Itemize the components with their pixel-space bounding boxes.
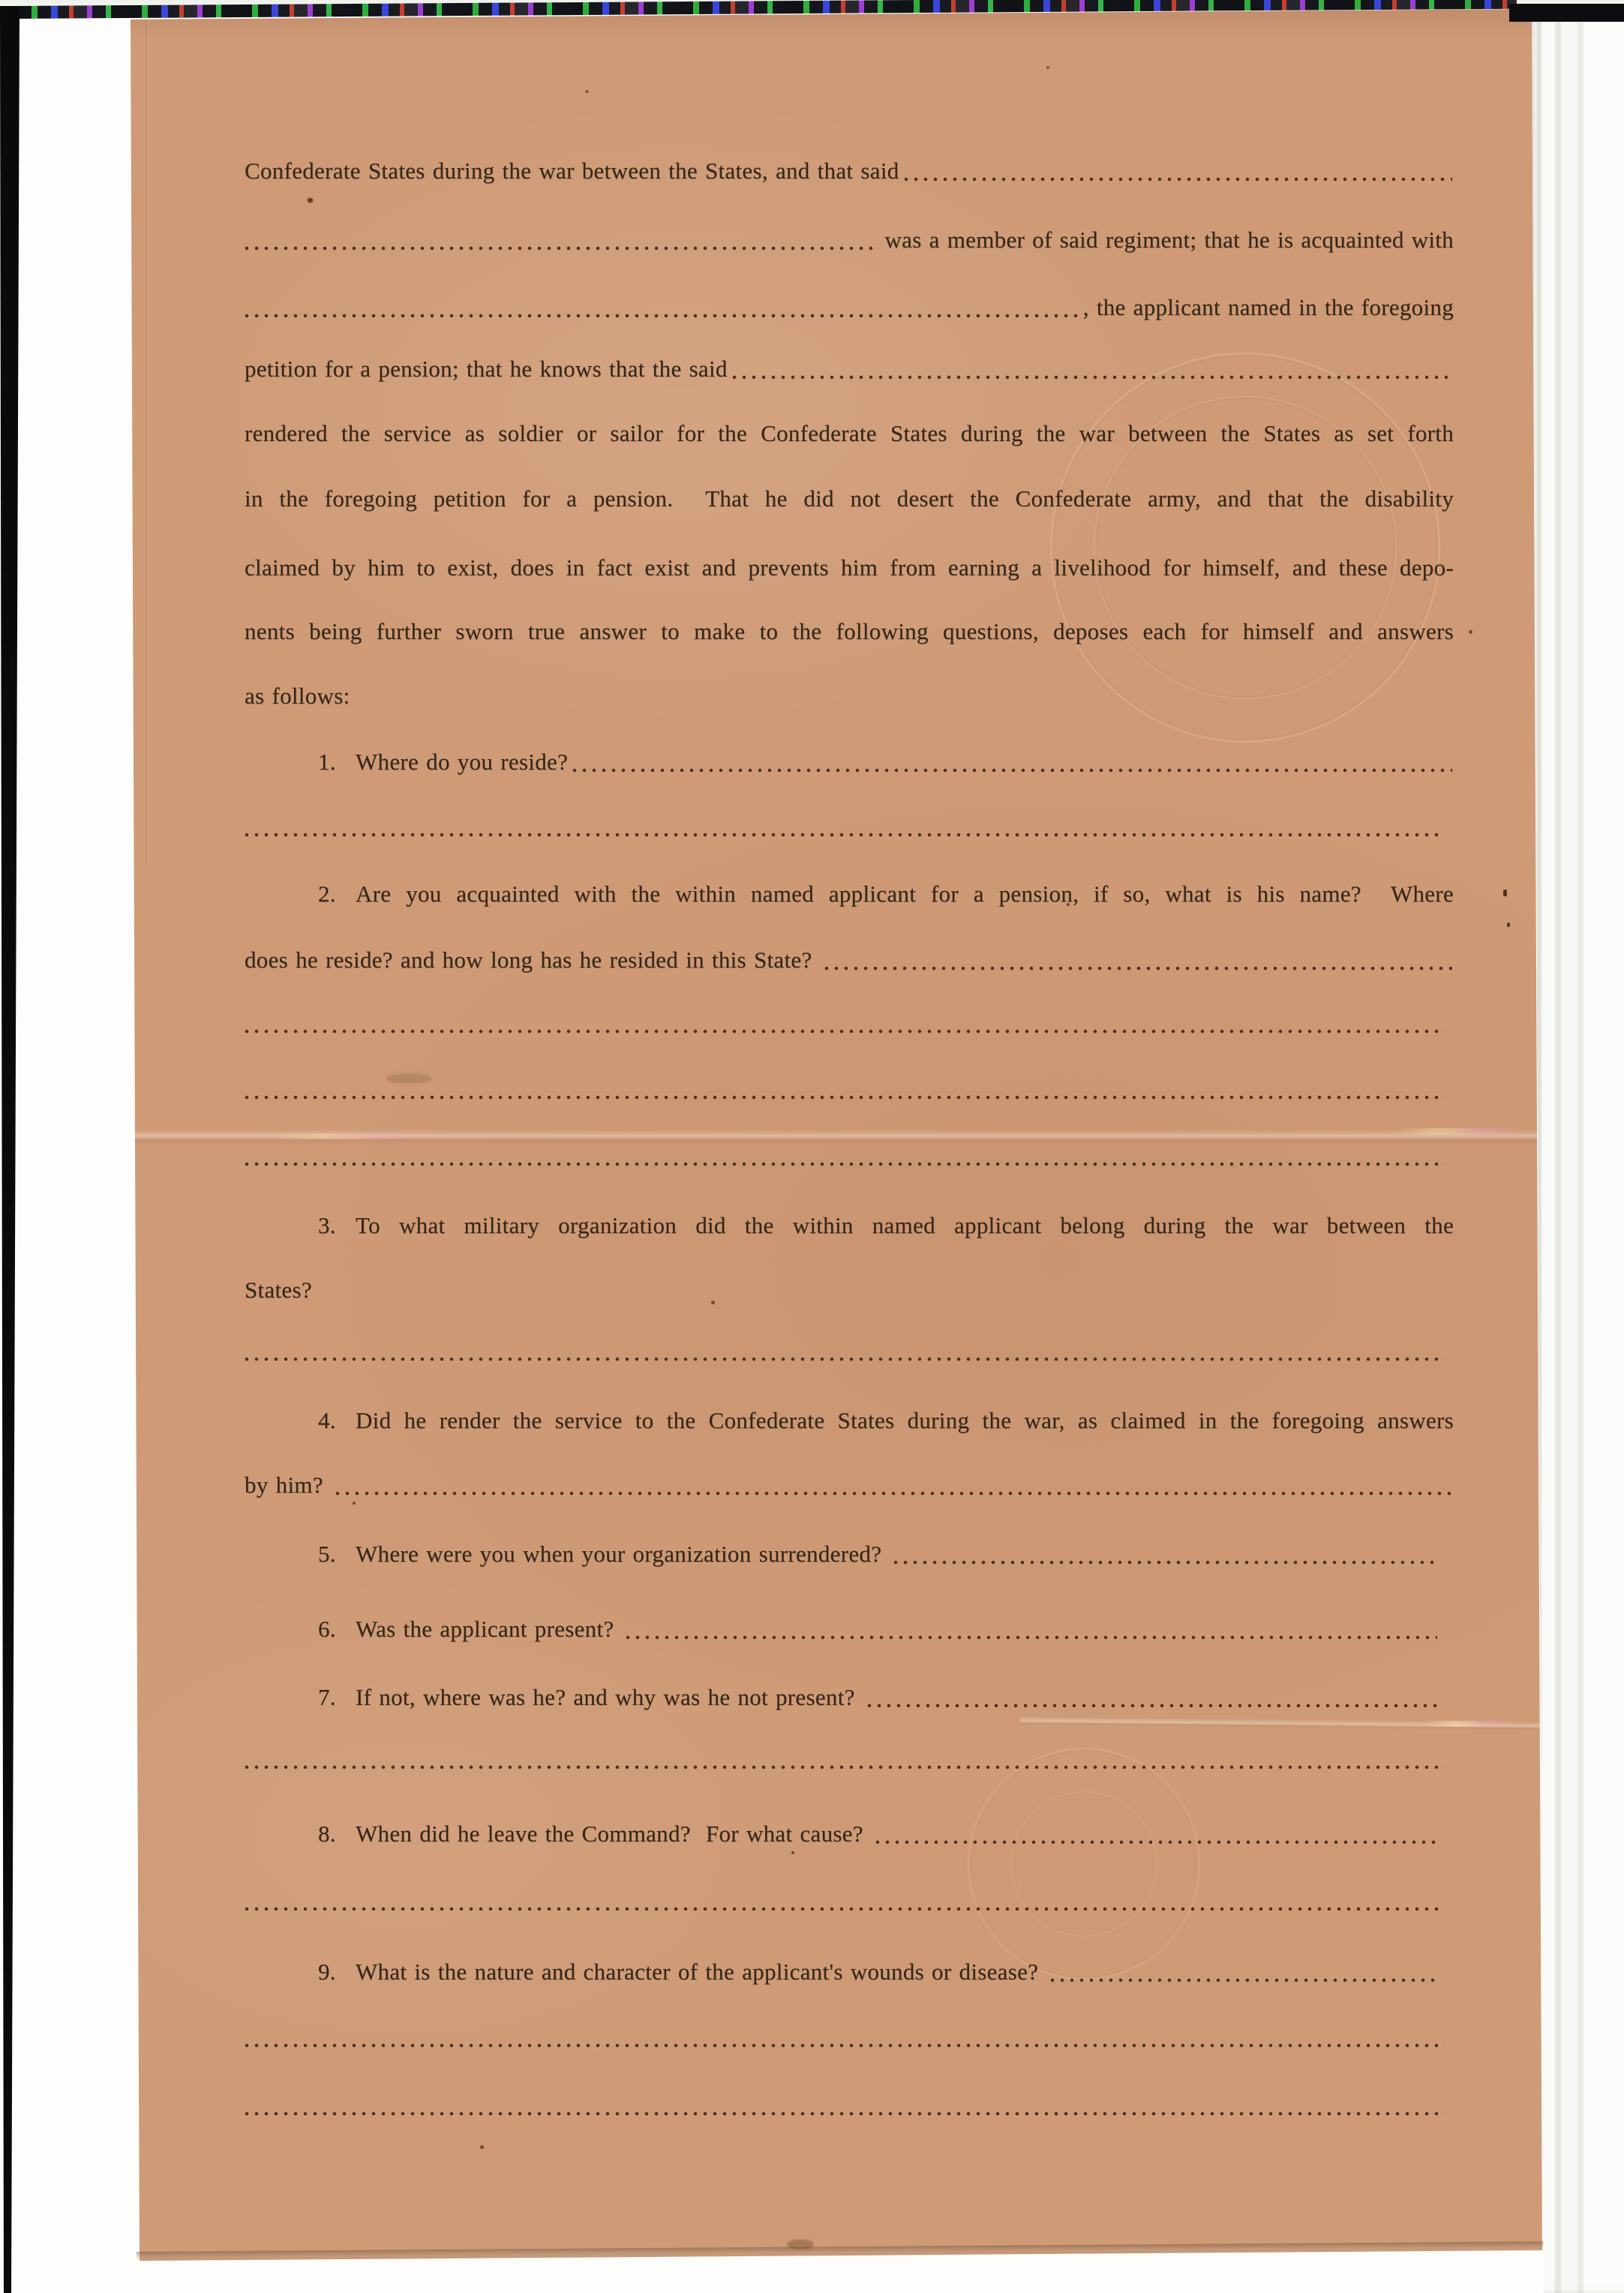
question-8: 8. When did he leave the Command? For wh… [245, 1817, 1454, 1851]
stray-ink-mark [1507, 923, 1510, 927]
crease-glint [1425, 1721, 1515, 1727]
answer-dot-leader [626, 1635, 1437, 1640]
crease-glint [1395, 1128, 1523, 1135]
question-6-number: 6. [318, 1612, 356, 1646]
intro-line-1-text: Confederate States during the war betwee… [245, 154, 899, 188]
answer-dotted-line [245, 1357, 1445, 1361]
question-8-text: When did he leave the Command? For what … [356, 1817, 871, 1851]
answer-dot-leader [572, 768, 1452, 773]
crease-glint [270, 1133, 428, 1139]
answer-dot-leader [1050, 1978, 1437, 1982]
intro-line-1: Confederate States during the war betwee… [245, 154, 1454, 188]
intro-line-5: rendered the service as soldier or sailo… [245, 416, 1454, 451]
answer-dot-leader [867, 1703, 1437, 1708]
question-4-text: Did he render the service to the Confede… [356, 1403, 1454, 1438]
question-8-number: 8. [318, 1817, 356, 1851]
question-3-line-1: 3. To what military organization did the… [245, 1208, 1454, 1243]
question-2-text-continued: does he reside? and how long has he resi… [245, 943, 820, 977]
intro-line-7: claimed by him to exist, does in fact ex… [245, 551, 1454, 585]
question-1: 1. Where do you reside? [245, 745, 1454, 779]
dot-leader [245, 246, 879, 251]
paper-speck [1469, 630, 1472, 634]
question-2-line-2: does he reside? and how long has he resi… [245, 943, 1454, 977]
question-7-number: 7. [318, 1680, 356, 1715]
question-3-line-2: States? [245, 1273, 1454, 1307]
rust-speck [126, 1572, 133, 1582]
question-5: 5. Where were you when your organization… [245, 1537, 1454, 1571]
question-5-text: Where were you when your organization su… [356, 1537, 889, 1571]
answer-dot-leader [893, 1560, 1437, 1565]
intro-line-3: , the applicant named in the foregoing [245, 290, 1454, 325]
stray-ink-mark [1503, 890, 1507, 896]
question-4-line-2: by him? [245, 1468, 1454, 1502]
question-3-text: To what military organization did the wi… [356, 1208, 1454, 1243]
question-4-number: 4. [318, 1403, 356, 1438]
intro-line-4: petition for a pension; that he knows th… [245, 352, 1454, 386]
answer-dotted-line [245, 833, 1445, 837]
intro-line-2-text: was a member of said regiment; that he i… [885, 223, 1454, 257]
intro-line-3-text: , the applicant named in the foregoing [1083, 290, 1454, 325]
answer-dot-leader [875, 1840, 1437, 1844]
answer-dotted-line [245, 1765, 1445, 1769]
dot-leader [245, 314, 1083, 318]
question-3-text-continued: States? [245, 1273, 312, 1307]
question-2-line-1: 2. Are you acquainted with the within na… [245, 877, 1454, 911]
answer-dotted-line [245, 2111, 1445, 2116]
question-9-text: What is the nature and character of the … [356, 1955, 1046, 1989]
scanned-document-page: Confederate States during the war betwee… [0, 0, 1624, 2293]
answer-dotted-line [245, 1907, 1445, 1911]
question-6: 6. Was the applicant present? [245, 1612, 1454, 1646]
answer-dotted-line [245, 1029, 1445, 1034]
question-9-number: 9. [318, 1955, 356, 1989]
answer-dotted-line [245, 2043, 1445, 2048]
intro-line-6: in the foregoing petition for a pension.… [245, 482, 1454, 516]
question-4-line-1: 4. Did he render the service to the Conf… [245, 1403, 1454, 1438]
intro-line-8: nents being further sworn true answer to… [245, 614, 1454, 649]
question-2-number: 2. [318, 877, 356, 911]
paper-smudge [386, 1074, 431, 1083]
paper-speck [1046, 66, 1049, 69]
paper-speck [791, 1851, 794, 1854]
question-9: 9. What is the nature and character of t… [245, 1955, 1454, 1989]
intro-line-9-text: as follows: [245, 679, 350, 713]
question-6-text: Was the applicant present? [356, 1612, 621, 1646]
paper-sheet: Confederate States during the war betwee… [0, 0, 1624, 2293]
paper-speck [585, 90, 589, 93]
dot-leader [732, 375, 1452, 380]
question-4-text-continued: by him? [245, 1468, 331, 1502]
intro-line-4-text: petition for a pension; that he knows th… [245, 352, 728, 386]
answer-dotted-line [245, 1162, 1445, 1166]
embossed-seal [968, 1748, 1200, 1980]
paper-speck [308, 198, 313, 203]
answer-dot-leader [335, 1491, 1452, 1496]
plastic-sleeve [1529, 0, 1624, 2293]
question-7: 7. If not, where was he? and why was he … [245, 1680, 1454, 1715]
dot-leader [904, 177, 1452, 182]
answer-dotted-line [245, 1095, 1445, 1100]
question-1-number: 1. [318, 745, 356, 779]
vertical-fold-crease [146, 20, 149, 867]
intro-line-9: as follows: [245, 679, 1454, 713]
question-2-text: Are you acquainted with the within named… [356, 877, 1454, 911]
question-7-text: If not, where was he? and why was he not… [356, 1680, 863, 1715]
question-3-number: 3. [318, 1208, 356, 1243]
answer-dot-leader [824, 966, 1452, 971]
scan-black-strip-top-right [1509, 4, 1624, 22]
paper-speck [480, 2145, 484, 2149]
intro-line-2: was a member of said regiment; that he i… [245, 223, 1454, 257]
question-5-number: 5. [318, 1537, 356, 1571]
scan-black-bar-left [0, 6, 20, 2293]
question-1-text: Where do you reside? [356, 745, 568, 779]
